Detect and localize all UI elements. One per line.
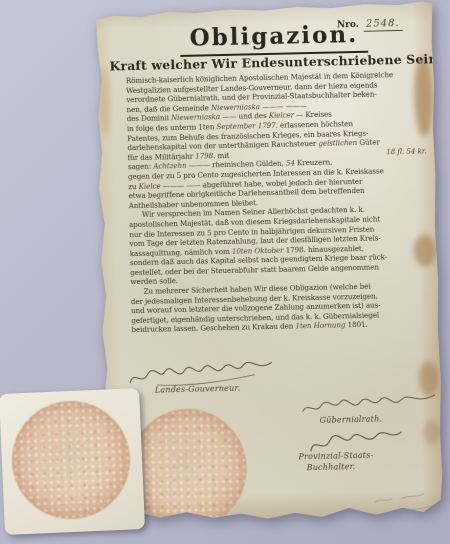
printed-text: zu	[128, 181, 139, 191]
water-stain	[424, 419, 441, 445]
printed-text: mit	[217, 151, 229, 161]
document-body: Römisch-kaiserlich königlichen Apostolis…	[126, 69, 431, 335]
seal-slip-paper	[0, 388, 145, 535]
printed-text: sagen:	[128, 162, 154, 172]
paper-seal-right	[127, 408, 248, 531]
handwritten-fill: 54	[286, 159, 297, 169]
handwritten-fill: 18 fl. 54 kr.	[386, 146, 427, 157]
signature-role-gubernialrath: Gübernialrath.	[320, 414, 383, 424]
handwritten-fill: 1798.	[195, 151, 217, 161]
document-sheet: Nro. 2548. Obligazion. Kraft welcher Wir…	[94, 1, 444, 523]
paper-seal-left	[9, 399, 132, 522]
pencil-mark	[370, 481, 450, 527]
signature-role-buchhalter-2: Buchhalter.	[307, 462, 356, 472]
signature-role-governor: Landes-Gouverneur.	[155, 384, 241, 395]
printed-text: Güter	[359, 138, 380, 148]
page-title: Obligazion.	[179, 21, 368, 57]
handwritten-fill: 1ten Hornung	[295, 321, 347, 332]
printed-text: 1801.	[347, 320, 367, 330]
water-stain	[98, 67, 112, 137]
document-sheet-wrap: Nro. 2548. Obligazion. Kraft welcher Wir…	[94, 1, 444, 523]
handwritten-fill: geistlichen	[318, 138, 359, 149]
signature-role-buchhalter-1: Provinzial-Staats-	[298, 451, 373, 462]
photo-of-document: Nro. 2548. Obligazion. Kraft welcher Wir…	[0, 0, 450, 544]
